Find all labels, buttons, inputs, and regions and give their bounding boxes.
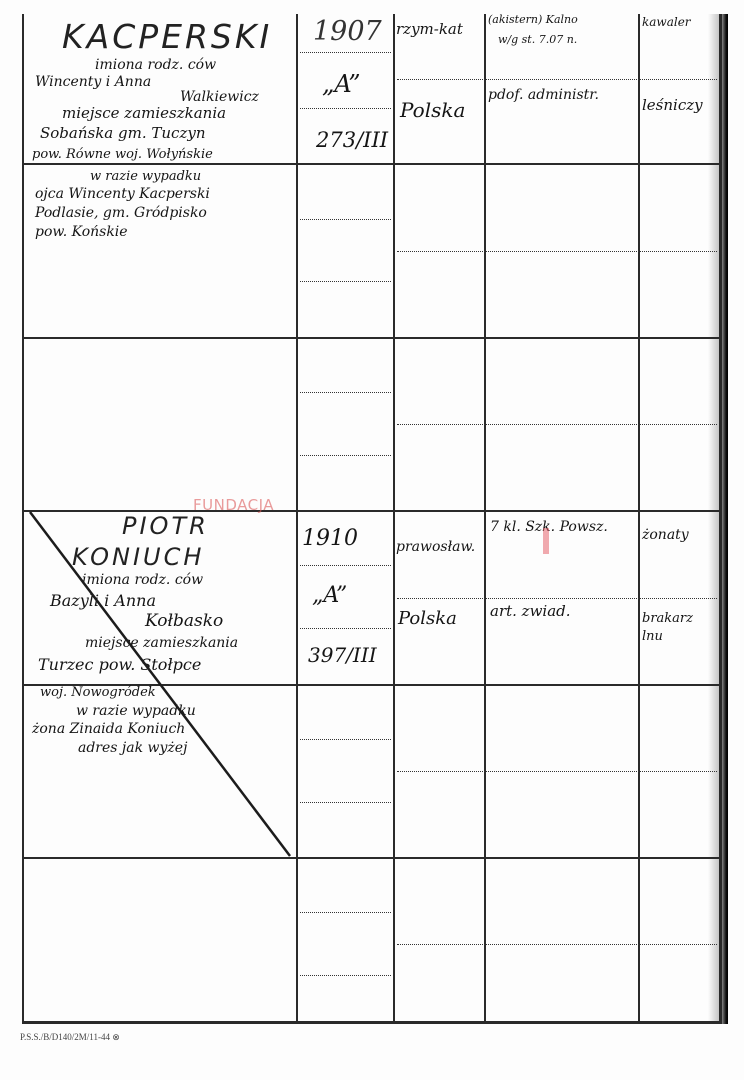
subline — [397, 771, 717, 772]
page-edge-shadow — [708, 14, 728, 1024]
detail-line: Turzec pow. Stołpce — [38, 657, 201, 673]
detail-line: ojca Wincenty Kacperski — [35, 187, 210, 201]
subline — [300, 52, 391, 53]
occupation: leśniczy — [642, 98, 703, 113]
birth-year: 1910 — [302, 528, 358, 550]
right-border — [719, 14, 722, 1024]
nationality: Polska — [400, 100, 465, 120]
form-code: P.S.S./B/D140/2M/11-44 ⊗ — [20, 1032, 120, 1043]
column-divider-1 — [296, 14, 298, 1022]
subline — [300, 739, 391, 740]
detail-line: Walkiewicz — [180, 90, 259, 104]
subline — [300, 392, 391, 393]
column-divider-2 — [393, 14, 395, 1022]
subline — [300, 975, 391, 976]
subline — [397, 424, 717, 425]
subline — [300, 219, 391, 220]
column-divider-4 — [638, 14, 640, 1022]
subline — [300, 802, 391, 803]
marital-status: żonaty — [642, 528, 689, 542]
profession: art. zwiad. — [490, 604, 571, 619]
surname: KACPERSKI — [62, 20, 272, 53]
detail-line: woj. Nowogródek — [40, 686, 156, 699]
column-divider-3 — [484, 14, 486, 1022]
category: „A” — [312, 585, 347, 607]
first-name: PIOTR — [122, 514, 209, 538]
subline — [300, 281, 391, 282]
subline — [300, 565, 391, 566]
detail-line: adres jak wyżej — [78, 741, 187, 755]
birth-year: 1907 — [313, 18, 382, 45]
subline — [397, 944, 717, 945]
category: „A” — [322, 72, 361, 96]
surname: KONIUCH — [72, 545, 204, 569]
detail-line: w razie wypadku — [76, 704, 196, 718]
watermark: FUNDACJA — [193, 496, 274, 514]
detail-line: Sobańska gm. Tuczyn — [40, 126, 205, 141]
detail-line: Kołbasko — [145, 613, 223, 630]
row-line-1 — [22, 163, 720, 165]
detail-line: pow. Równe woj. Wołyńskie — [32, 148, 213, 161]
row-line-5 — [22, 857, 720, 859]
document-page: KACPERSKI imiona rodz. ców Wincenty i An… — [0, 0, 744, 1080]
nationality: Polska — [398, 610, 457, 628]
red-marker — [543, 528, 549, 554]
subline — [300, 108, 391, 109]
subline — [397, 598, 717, 599]
left-border — [22, 14, 24, 1024]
marital-status: kawaler — [642, 16, 691, 28]
detail-line: pow. Końskie — [35, 225, 128, 239]
detail-line: Wincenty i Anna — [35, 75, 151, 89]
religion: prawosław. — [396, 540, 475, 554]
detail-line: imiona rodz. ców — [82, 573, 203, 587]
detail-line: imiona rodz. ców — [95, 58, 216, 72]
detail-line: w razie wypadku — [90, 170, 201, 183]
occupation: brakarz lnu — [642, 610, 710, 646]
detail-line: miejsce zamieszkania — [85, 636, 238, 650]
detail-line: miejsce zamieszkania — [62, 106, 226, 121]
registry-number: 397/III — [308, 645, 377, 665]
subline — [300, 912, 391, 913]
subline — [300, 455, 391, 456]
cross-out-line — [0, 0, 744, 1080]
detail-line: żona Zinaida Koniuch — [32, 722, 185, 736]
detail-line: Bazyli i Anna — [50, 593, 156, 609]
subline — [397, 251, 717, 252]
subline — [397, 79, 717, 80]
profession: pdof. administr. — [488, 88, 599, 102]
row-line-2 — [22, 337, 720, 339]
religion: rzym-kat — [396, 22, 463, 37]
subline — [300, 628, 391, 629]
bottom-border — [22, 1021, 722, 1024]
education: (akistern) Kalno — [488, 14, 578, 25]
detail-line: Podlasie, gm. Gródpisko — [35, 206, 207, 220]
registry-number: 273/III — [316, 130, 388, 151]
education-note: w/g st. 7.07 n. — [498, 34, 577, 45]
